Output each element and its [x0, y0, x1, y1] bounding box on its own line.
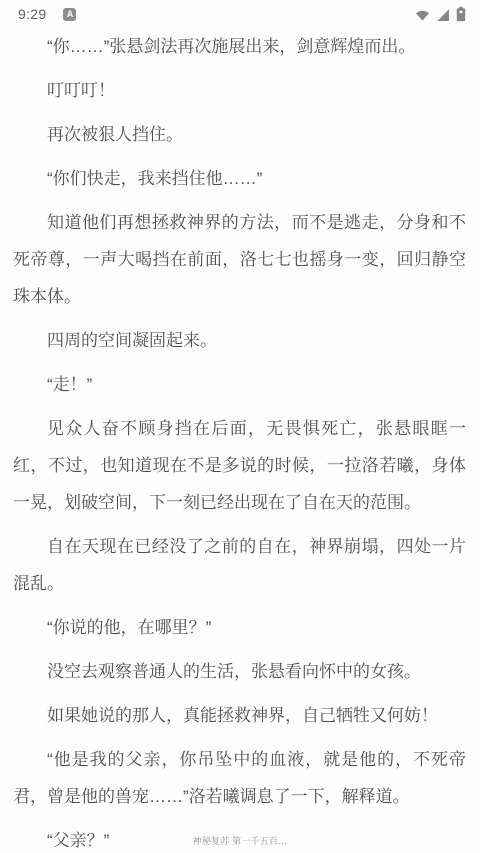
paragraph: 叮叮叮！ — [13, 72, 466, 109]
paragraph: 四周的空间凝固起来。 — [13, 322, 466, 359]
wifi-icon — [415, 8, 430, 22]
chapter-footer: 神秘复苏 第一千五百… — [0, 834, 480, 847]
paragraph: 再次被狠人挡住。 — [13, 116, 466, 153]
paragraph: “你说的他，在哪里？” — [13, 609, 466, 646]
paragraph: 自在天现在已经没了之前的自在，神界崩塌，四处一片混乱。 — [13, 528, 466, 602]
paragraph: 如果她说的那人，真能拯救神界，自己牺牲又何妨！ — [13, 697, 466, 734]
cellular-signal-icon — [436, 8, 450, 22]
paragraph: “他是我的父亲，你吊坠中的血液，就是他的，不死帝君，曾是他的兽宠……”洛若曦调息… — [13, 741, 466, 815]
paragraph: 见众人奋不顾身挡在后面，无畏惧死亡，张悬眼眶一红，不过，也知道现在不是多说的时候… — [13, 410, 466, 521]
paragraph: “你……”张悬剑法再次施展出来，剑意辉煌而出。 — [13, 28, 466, 65]
status-bar: 9:29 A — [0, 0, 480, 26]
status-bar-right — [415, 6, 466, 22]
paragraph: 没空去观察普通人的生活，张悬看向怀中的女孩。 — [13, 653, 466, 690]
notification-app-icon: A — [63, 8, 76, 21]
paragraph: “走！” — [13, 366, 466, 403]
battery-icon — [456, 6, 466, 22]
paragraph: 知道他们再想拯救神界的方法，而不是逃走，分身和不死帝尊，一声大喝挡在前面，洛七七… — [13, 204, 466, 315]
clock: 9:29 — [18, 6, 46, 22]
reader-content[interactable]: “你……”张悬剑法再次施展出来，剑意辉煌而出。叮叮叮！再次被狠人挡住。“你们快走… — [0, 26, 480, 853]
paragraph: “你们快走，我来挡住他……” — [13, 160, 466, 197]
status-bar-left: 9:29 A — [18, 6, 76, 22]
